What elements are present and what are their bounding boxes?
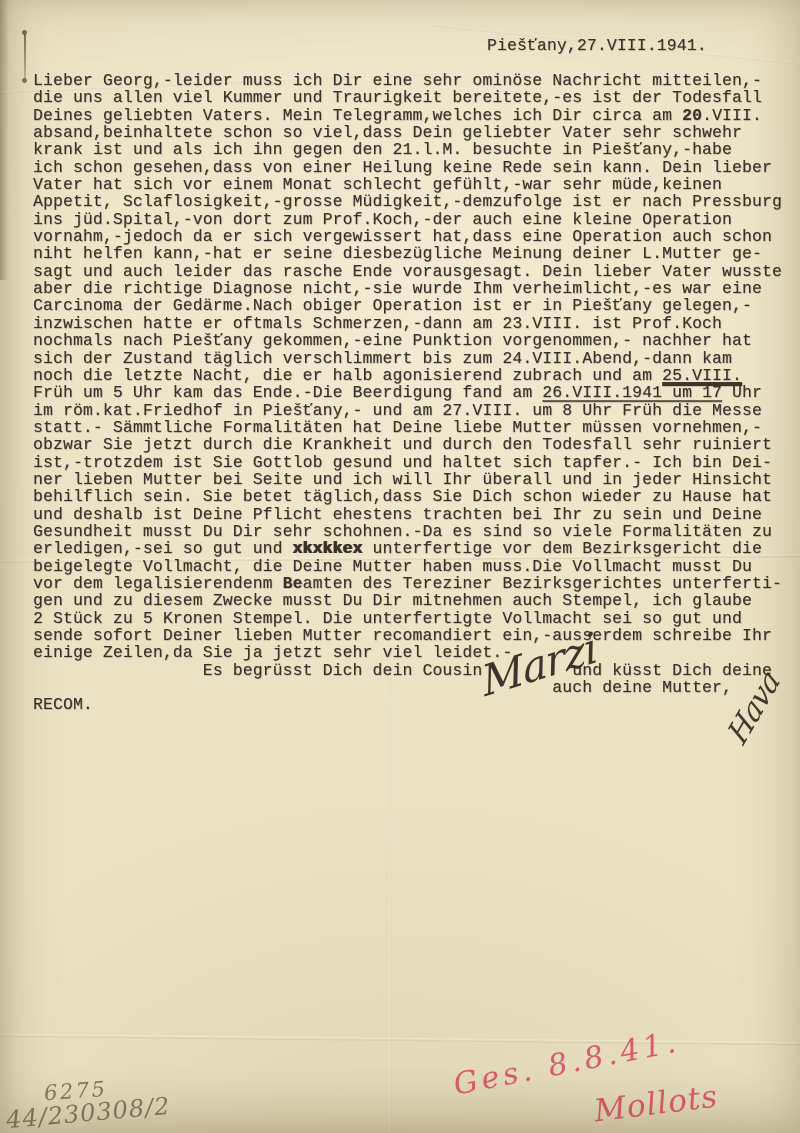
fold-crease-bottom — [0, 1034, 800, 1046]
letter-line: die uns allen viel Kummer und Traurigkei… — [33, 89, 782, 106]
letter-line: und deshalb ist Deine Pflicht ehestens t… — [33, 506, 782, 523]
letter-sheet: Piešťany,27.VIII.1941. Lieber Georg,-lei… — [0, 0, 800, 1133]
letter-line: im röm.kat.Friedhof in Piešťany,- und am… — [33, 402, 782, 419]
letter-body: Lieber Georg,-leider muss ich Dir eine s… — [33, 72, 782, 714]
letter-line: sende sofort Deiner lieben Mutter recoma… — [33, 627, 782, 644]
dateline: Piešťany,27.VIII.1941. — [487, 37, 707, 54]
letter-line: auch deine Mutter, — [33, 679, 782, 696]
letter-line: obzwar Sie jetzt durch die Krankheit und… — [33, 436, 782, 453]
letter-line: noch die letzte Nacht, die er halb agoni… — [33, 367, 782, 384]
letter-line: niht helfen kann,-hat er seine diesbezüg… — [33, 245, 782, 262]
letter-line: erledigen,-sei so gut und xkxkkex unterf… — [33, 540, 782, 557]
letter-line: statt.- Sämmtliche Formalitäten hat Dein… — [33, 419, 782, 436]
letter-line: Gesundheit musst Du Dir sehr schohnen.-D… — [33, 523, 782, 540]
letter-line: ner lieben Mutter bei Seite und ich will… — [33, 471, 782, 488]
letter-line: Es begrüsst Dich dein Cousin und küsst D… — [33, 662, 782, 679]
letter-line: sich der Zustand täglich verschlimmert b… — [33, 350, 782, 367]
letter-line: vornahm,-jedoch da er sich vergewissert … — [33, 228, 782, 245]
letter-line: ich schon gesehen,dass von einer Heilung… — [33, 159, 782, 176]
letter-line: absand,beinhaltete schon so viel,dass De… — [33, 124, 782, 141]
letter-line: vor dem legalisierendenm Beamten des Ter… — [33, 575, 782, 592]
letter-line: beigelegte Vollmacht, die Deine Mutter h… — [33, 558, 782, 575]
letter-line: einige Zeilen,da Sie ja jetzt sehr viel … — [33, 644, 782, 661]
letter-line: Appetit, Sclaflosigkeit,-grosse Müdigkei… — [33, 193, 782, 210]
letter-line: Vater hat sich vor einem Monat schlecht … — [33, 176, 782, 193]
letter-line: ist,-trotzdem ist Sie Gottlob gesund und… — [33, 454, 782, 471]
letter-line: krank ist und als ich ihn gegen den 21.l… — [33, 141, 782, 158]
censor-signature-red: Mollots — [592, 1079, 720, 1130]
letter-line: 2 Stück zu 5 Kronen Stempel. Die unterfe… — [33, 610, 782, 627]
letter-line: RECOM. — [33, 696, 782, 713]
pencil-catalog-number: 44/230308/2 — [5, 1092, 171, 1133]
letter-line: Früh um 5 Uhr kam das Ende.-Die Beerdigu… — [33, 384, 782, 401]
letter-line: ins jüd.Spital,-von dort zum Prof.Koch,-… — [33, 211, 782, 228]
staple-mark — [21, 30, 28, 84]
paper-edge-shadow — [0, 0, 9, 280]
letter-line: Carcinoma der Gedärme.Nach obiger Operat… — [33, 297, 782, 314]
letter-line: behilflich sein. Sie betet täglich,dass … — [33, 488, 782, 505]
letter-line: Lieber Georg,-leider muss ich Dir eine s… — [33, 72, 782, 89]
letter-line: aber die richtige Diagnose nicht,-sie wu… — [33, 280, 782, 297]
letter-line: inzwischen hatte er oftmals Schmerzen,-d… — [33, 315, 782, 332]
letter-line: nochmals nach Piešťany gekommen,-eine Pu… — [33, 332, 782, 349]
letter-line: sagt und auch leider das rasche Ende vor… — [33, 263, 782, 280]
letter-line: Deines geliebten Vaters. Mein Telegramm,… — [33, 107, 782, 124]
letter-line: gen und zu diesem Zwecke musst Du Dir mi… — [33, 592, 782, 609]
